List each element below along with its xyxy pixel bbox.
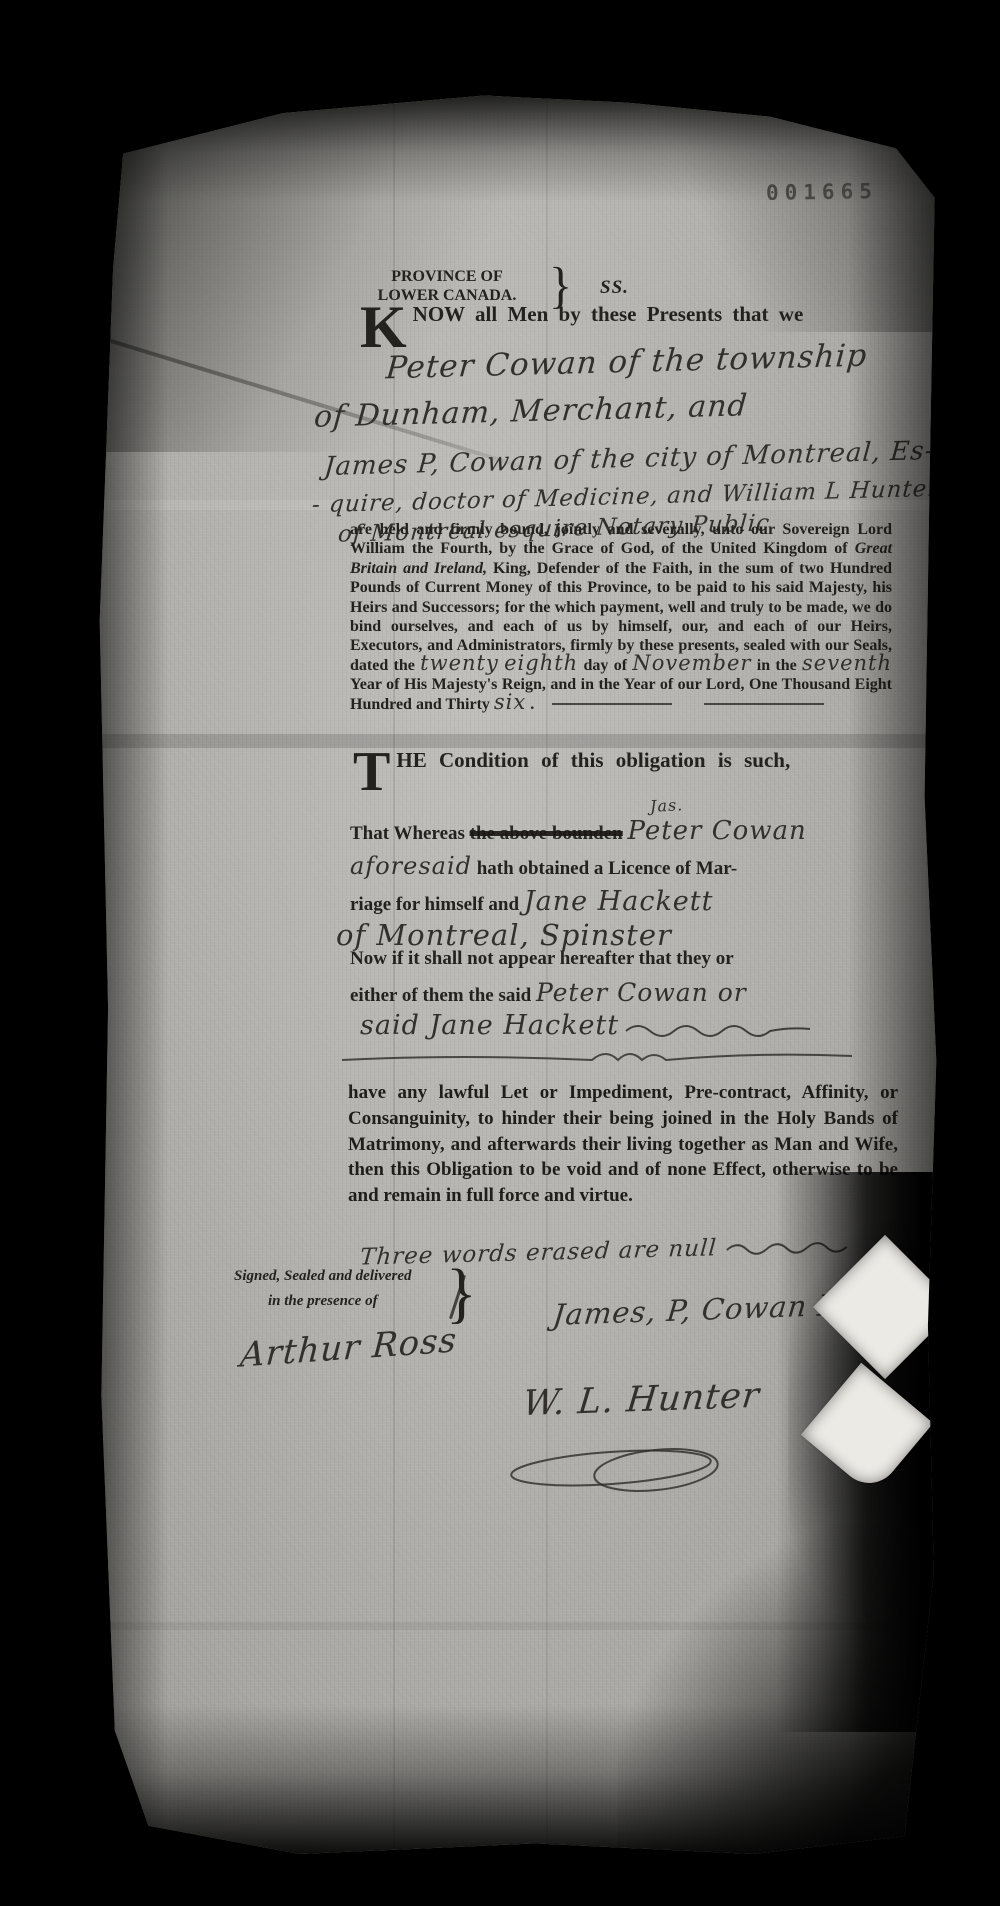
province-line-1: PROVINCE OF bbox=[347, 267, 547, 286]
vignette-left bbox=[98, 92, 168, 1854]
condition-line: riage for himself and Jane Hackett bbox=[350, 886, 714, 917]
horizontal-crease bbox=[98, 734, 938, 748]
ink-dash bbox=[552, 703, 672, 705]
interline-correction: Jas. bbox=[650, 795, 684, 816]
ss-abbreviation: SS. bbox=[600, 277, 629, 299]
condition-line: aforesaid hath obtained a Licence of Mar… bbox=[350, 852, 737, 880]
condition-text: either of them the said bbox=[350, 985, 531, 1006]
witness-signature: Arthur Ross bbox=[239, 1320, 459, 1375]
handwritten-aforesaid: aforesaid bbox=[350, 852, 472, 880]
bond-text: are held and firmly bound, jointly and s… bbox=[350, 521, 892, 557]
handwritten-groom-repeat: Peter Cowan or bbox=[536, 978, 747, 1007]
signature-wl-hunter: W. L. Hunter bbox=[521, 1376, 762, 1424]
handwritten-bride-repeat: said Jane Hackett bbox=[360, 1010, 619, 1041]
handwritten-party-line: James P, Cowan of the city of Montreal, … bbox=[323, 436, 936, 482]
handwritten-bride-name: Jane Hackett bbox=[524, 886, 714, 917]
ink-dash bbox=[704, 703, 824, 705]
attestation-line-2: in the presence of bbox=[268, 1293, 411, 1310]
bond-text: day of bbox=[584, 657, 628, 674]
condition-text: hath obtained a Licence of Mar- bbox=[477, 858, 738, 879]
document-paper: 001665 PROVINCE OF LOWER CANADA. } SS. K… bbox=[98, 92, 938, 1854]
handwritten-year-word: six bbox=[494, 690, 526, 714]
ink-flourish-line bbox=[338, 1044, 858, 1070]
handwritten-day-word: twenty bbox=[420, 651, 499, 675]
handwritten-month: November bbox=[632, 651, 751, 675]
condition-text: Now if it shall not appear hereafter tha… bbox=[350, 948, 734, 969]
signature-flourish-loops bbox=[506, 1430, 786, 1500]
condition-line: either of them the said Peter Cowan or bbox=[350, 978, 747, 1007]
condition-line: of Montreal, Spinster bbox=[336, 918, 672, 952]
handwritten-party-line: - quire, doctor of Medicine, and William… bbox=[311, 476, 940, 518]
bond-clause: are held and firmly bound, jointly and s… bbox=[350, 520, 892, 714]
dropcap-k: K bbox=[360, 304, 407, 350]
handwritten-party-line: of Dunham, Merchant, and bbox=[313, 388, 749, 434]
condition-line: said Jane Hackett bbox=[360, 1010, 814, 1041]
handwritten-groom-name: Peter Cowan bbox=[628, 816, 807, 846]
struck-out-text: the above bounden bbox=[470, 823, 623, 844]
handwritten-day-ordinal: eighth bbox=[504, 651, 578, 675]
bond-text: in the bbox=[757, 657, 797, 674]
dropcap-t: T bbox=[353, 750, 390, 794]
bond-text: . bbox=[530, 696, 534, 713]
condition-line: Now if it shall not appear hereafter tha… bbox=[350, 948, 734, 970]
bond-text: Year of His Majesty's Reign, and in the … bbox=[350, 676, 892, 712]
photo-background: 001665 PROVINCE OF LOWER CANADA. } SS. K… bbox=[0, 0, 1000, 1906]
attestation-line-1: Signed, Sealed and delivered bbox=[234, 1268, 411, 1285]
ink-squiggle bbox=[624, 1021, 814, 1039]
handwritten-bride-residence: of Montreal, Spinster bbox=[336, 918, 672, 952]
condition-text: That Whereas bbox=[350, 823, 465, 844]
opening-text: NOW all Men by these Presents that we bbox=[413, 302, 804, 326]
erasure-annotation-text: Three words erased are null bbox=[359, 1235, 718, 1270]
condition-line: That Whereas the above bounden Jas. Pete… bbox=[350, 816, 807, 846]
condition-text: riage for himself and bbox=[350, 894, 519, 915]
condition-heading: T HE Condition of this obligation is suc… bbox=[353, 748, 901, 794]
attestation-block: Signed, Sealed and delivered in the pres… bbox=[234, 1268, 411, 1310]
vignette-top bbox=[98, 92, 938, 202]
condition-heading-text: HE Condition of this obligation is such, bbox=[396, 748, 790, 772]
